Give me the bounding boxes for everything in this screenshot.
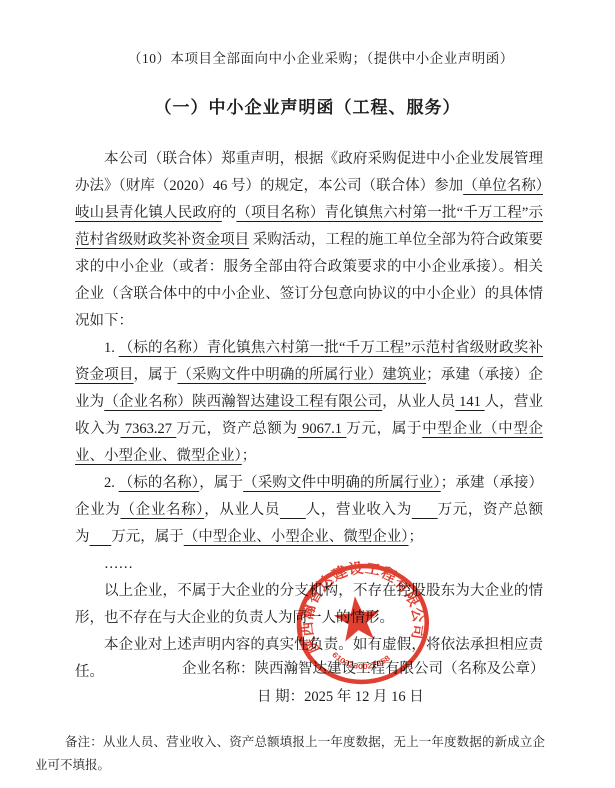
text-run: 1.: [104, 340, 119, 356]
underlined-run: （企业名称）: [120, 502, 204, 518]
text-run: ；: [409, 529, 424, 545]
item-2-paragraph: 2. （标的名称），属于（采购文件中明确的所属行业）；承建（承接）企业为（企业名…: [75, 470, 543, 551]
company-name-line: 企业名称：陕西瀚智达建设工程有限公司（名称及公章）: [182, 655, 545, 683]
underlined-run: 9067.1: [298, 421, 347, 437]
date-line: 日 期：2025 年 12 月 16 日: [182, 683, 545, 711]
signature-block: 企业名称：陕西瀚智达建设工程有限公司（名称及公章） 日 期：2025 年 12 …: [182, 655, 545, 711]
text-run: 万元，属于: [111, 529, 184, 545]
underlined-run: （企业名称）陕西瀚智达建设工程有限公司: [104, 394, 382, 410]
underlined-run: 141: [455, 394, 484, 410]
large-enterprise-clause: 以上企业，不属于大企业的分支机构，不存在控股股东为大企业的情形，也不存在与大企业…: [75, 578, 543, 632]
text-run: ，从业人员: [382, 394, 455, 410]
ellipsis-paragraph: ……: [75, 551, 543, 578]
procurement-clause-line: （10）本项目全部面向中小企业采购；（提供中小企业声明函）: [128, 47, 514, 67]
text-run: 人，营业收入为: [306, 502, 412, 518]
underlined-run: （采购文件中明确的所属行业）建筑业: [177, 367, 426, 383]
underlined-run: [412, 502, 438, 518]
document-title: （一）中小企业声明函（工程、服务）: [0, 93, 615, 118]
footer-note: 备注：从业人员、营业收入、资产总额填报上一年度数据，无上一年度数据的新成立企业可…: [35, 731, 545, 777]
declaration-document-page: （10）本项目全部面向中小企业采购；（提供中小企业声明函） （一）中小企业声明函…: [0, 0, 615, 788]
text-run: ；: [242, 448, 257, 464]
text-run: ，属于: [199, 475, 243, 491]
text-run: 以上企业，不属于大企业的分支机构，不存在控股股东为大企业的情形，也不存在与大企业…: [75, 583, 543, 626]
text-run: ……: [104, 556, 133, 572]
underlined-run: （标的名称）: [119, 475, 200, 491]
underlined-run: [280, 502, 306, 518]
underlined-run: （采购文件中明确的所属行业）: [243, 475, 441, 491]
text-run: ，从业人员: [204, 502, 280, 518]
underlined-run: [90, 529, 112, 545]
text-run: 的: [222, 205, 237, 221]
item-1-paragraph: 1. （标的名称）青化镇焦六村第一批“千万工程”示范村省级财政奖补资金项目，属于…: [75, 335, 543, 470]
text-run: 万元，资产总额为: [176, 421, 297, 437]
intro-paragraph: 本公司（联合体）郑重声明，根据《政府采购促进中小企业发展管理办法》（财库（202…: [75, 146, 543, 335]
text-run: 万元，属于: [346, 421, 422, 437]
text-run: 2.: [104, 475, 119, 491]
underlined-run: （中型企业、小型企业、微型企业）: [184, 529, 409, 545]
text-run: ，属于: [134, 367, 178, 383]
declaration-body: 本公司（联合体）郑重声明，根据《政府采购促进中小企业发展管理办法》（财库（202…: [75, 146, 543, 686]
underlined-run: 7363.27: [121, 421, 177, 437]
